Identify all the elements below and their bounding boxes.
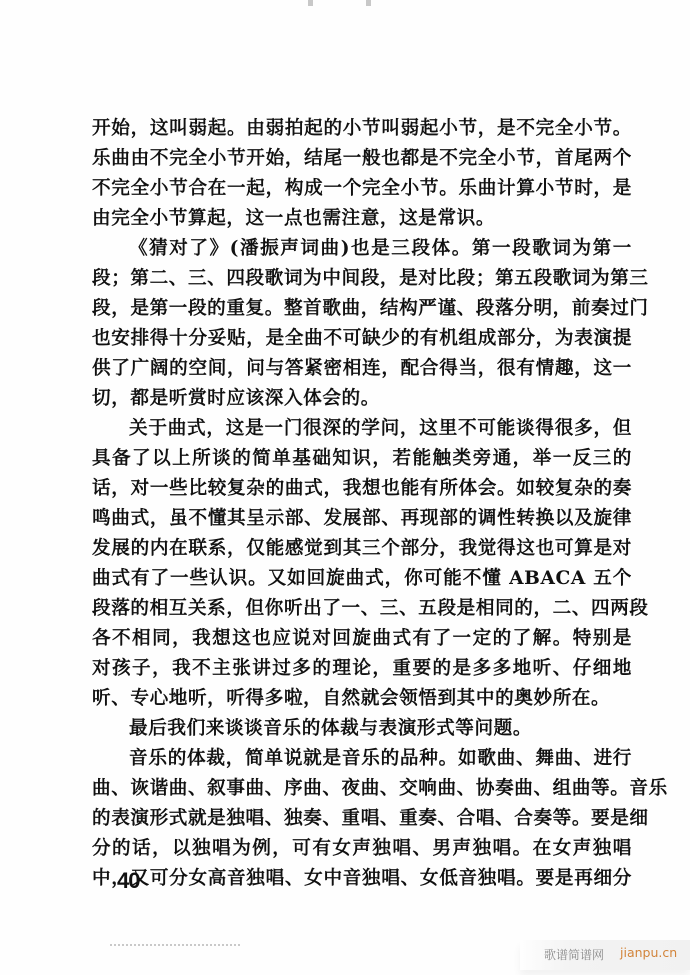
text-line: 曲、诙谐曲、叙事曲、序曲、夜曲、交响曲、协奏曲、组曲等。音乐 [92,774,632,804]
text-line: 切，都是听赏时应该深入体会的。 [92,384,632,414]
text-line: 不完全小节合在一起，构成一个完全小节。乐曲计算小节时，是 [92,174,632,204]
scan-mark [366,0,371,6]
text-line: 各不相同，我想这也应说对回旋曲式有了一定的了解。特别是 [92,624,632,654]
text-line: 乐曲由不完全小节开始，结尾一般也都是不完全小节，首尾两个 [92,144,632,174]
scan-artifacts-bottom [110,944,240,950]
text-line: 听、专心地听，听得多啦，自然就会领悟到其中的奥妙所在。 [92,684,632,714]
scan-artifacts-top [300,0,380,8]
text-line: 中，又可分女高音独唱、女中音独唱、女低音独唱。要是再细分 [92,864,632,894]
watermark-site-domain: jianpu.cn [620,945,677,960]
text-line: 由完全小节算起，这一点也需注意，这是常识。 [92,204,632,234]
text-line: 段落的相互关系，但你听出了一、三、五段是相同的，二、四两段 [92,594,632,624]
paragraph-start-line: 《猜对了》(潘振声词曲)也是三段体。第一段歌词为第一 [92,234,632,264]
watermark: 歌谱简谱网 jianpu.cn [520,940,690,970]
scan-mark [308,0,313,6]
text-line: 也安排得十分妥贴，是全曲不可缺少的有机组成部分，为表演提 [92,324,632,354]
text-line: 的表演形式就是独唱、独奏、重唱、重奏、合唱、合奏等。要是细 [92,804,632,834]
watermark-site-name: 歌谱简谱网 [544,946,604,963]
text-line: 发展的内在联系，仅能感觉到其三个部分，我觉得这也可算是对 [92,534,632,564]
text-line: 开始，这叫弱起。由弱拍起的小节叫弱起小节，是不完全小节。 [92,114,632,144]
text-line: 话，对一些比较复杂的曲式，我想也能有所体会。如较复杂的奏 [92,474,632,504]
paragraph-start-line: 关于曲式，这是一门很深的学问，这里不可能谈得很多，但 [92,414,632,444]
text-line: 具备了以上所谈的简单基础知识，若能触类旁通，举一反三的 [92,444,632,474]
body-text: 开始，这叫弱起。由弱拍起的小节叫弱起小节，是不完全小节。 乐曲由不完全小节开始，… [92,114,632,894]
book-page: 开始，这叫弱起。由弱拍起的小节叫弱起小节，是不完全小节。 乐曲由不完全小节开始，… [0,0,690,975]
text-line: 鸣曲式，虽不懂其呈示部、发展部、再现部的调性转换以及旋律 [92,504,632,534]
text-line: 曲式有了一些认识。又如回旋曲式，你可能不懂 ABACA 五个 [92,564,632,594]
text-line: 供了广阔的空间，问与答紧密相连，配合得当，很有情趣，这一 [92,354,632,384]
paragraph-start-line: 音乐的体裁，简单说就是音乐的品种。如歌曲、舞曲、进行 [92,744,632,774]
paragraph-start-line: 最后我们来谈谈音乐的体裁与表演形式等问题。 [92,714,632,744]
text-line: 段；第二、三、四段歌词为中间段，是对比段；第五段歌词为第三 [92,264,632,294]
text-line: 分的话，以独唱为例，可有女声独唱、男声独唱。在女声独唱 [92,834,632,864]
text-line: 对孩子，我不主张讲过多的理论，重要的是多多地听、仔细地 [92,654,632,684]
text-line: 段，是第一段的重复。整首歌曲，结构严谨、段落分明，前奏过门 [92,294,632,324]
page-number: 40 [117,868,139,894]
